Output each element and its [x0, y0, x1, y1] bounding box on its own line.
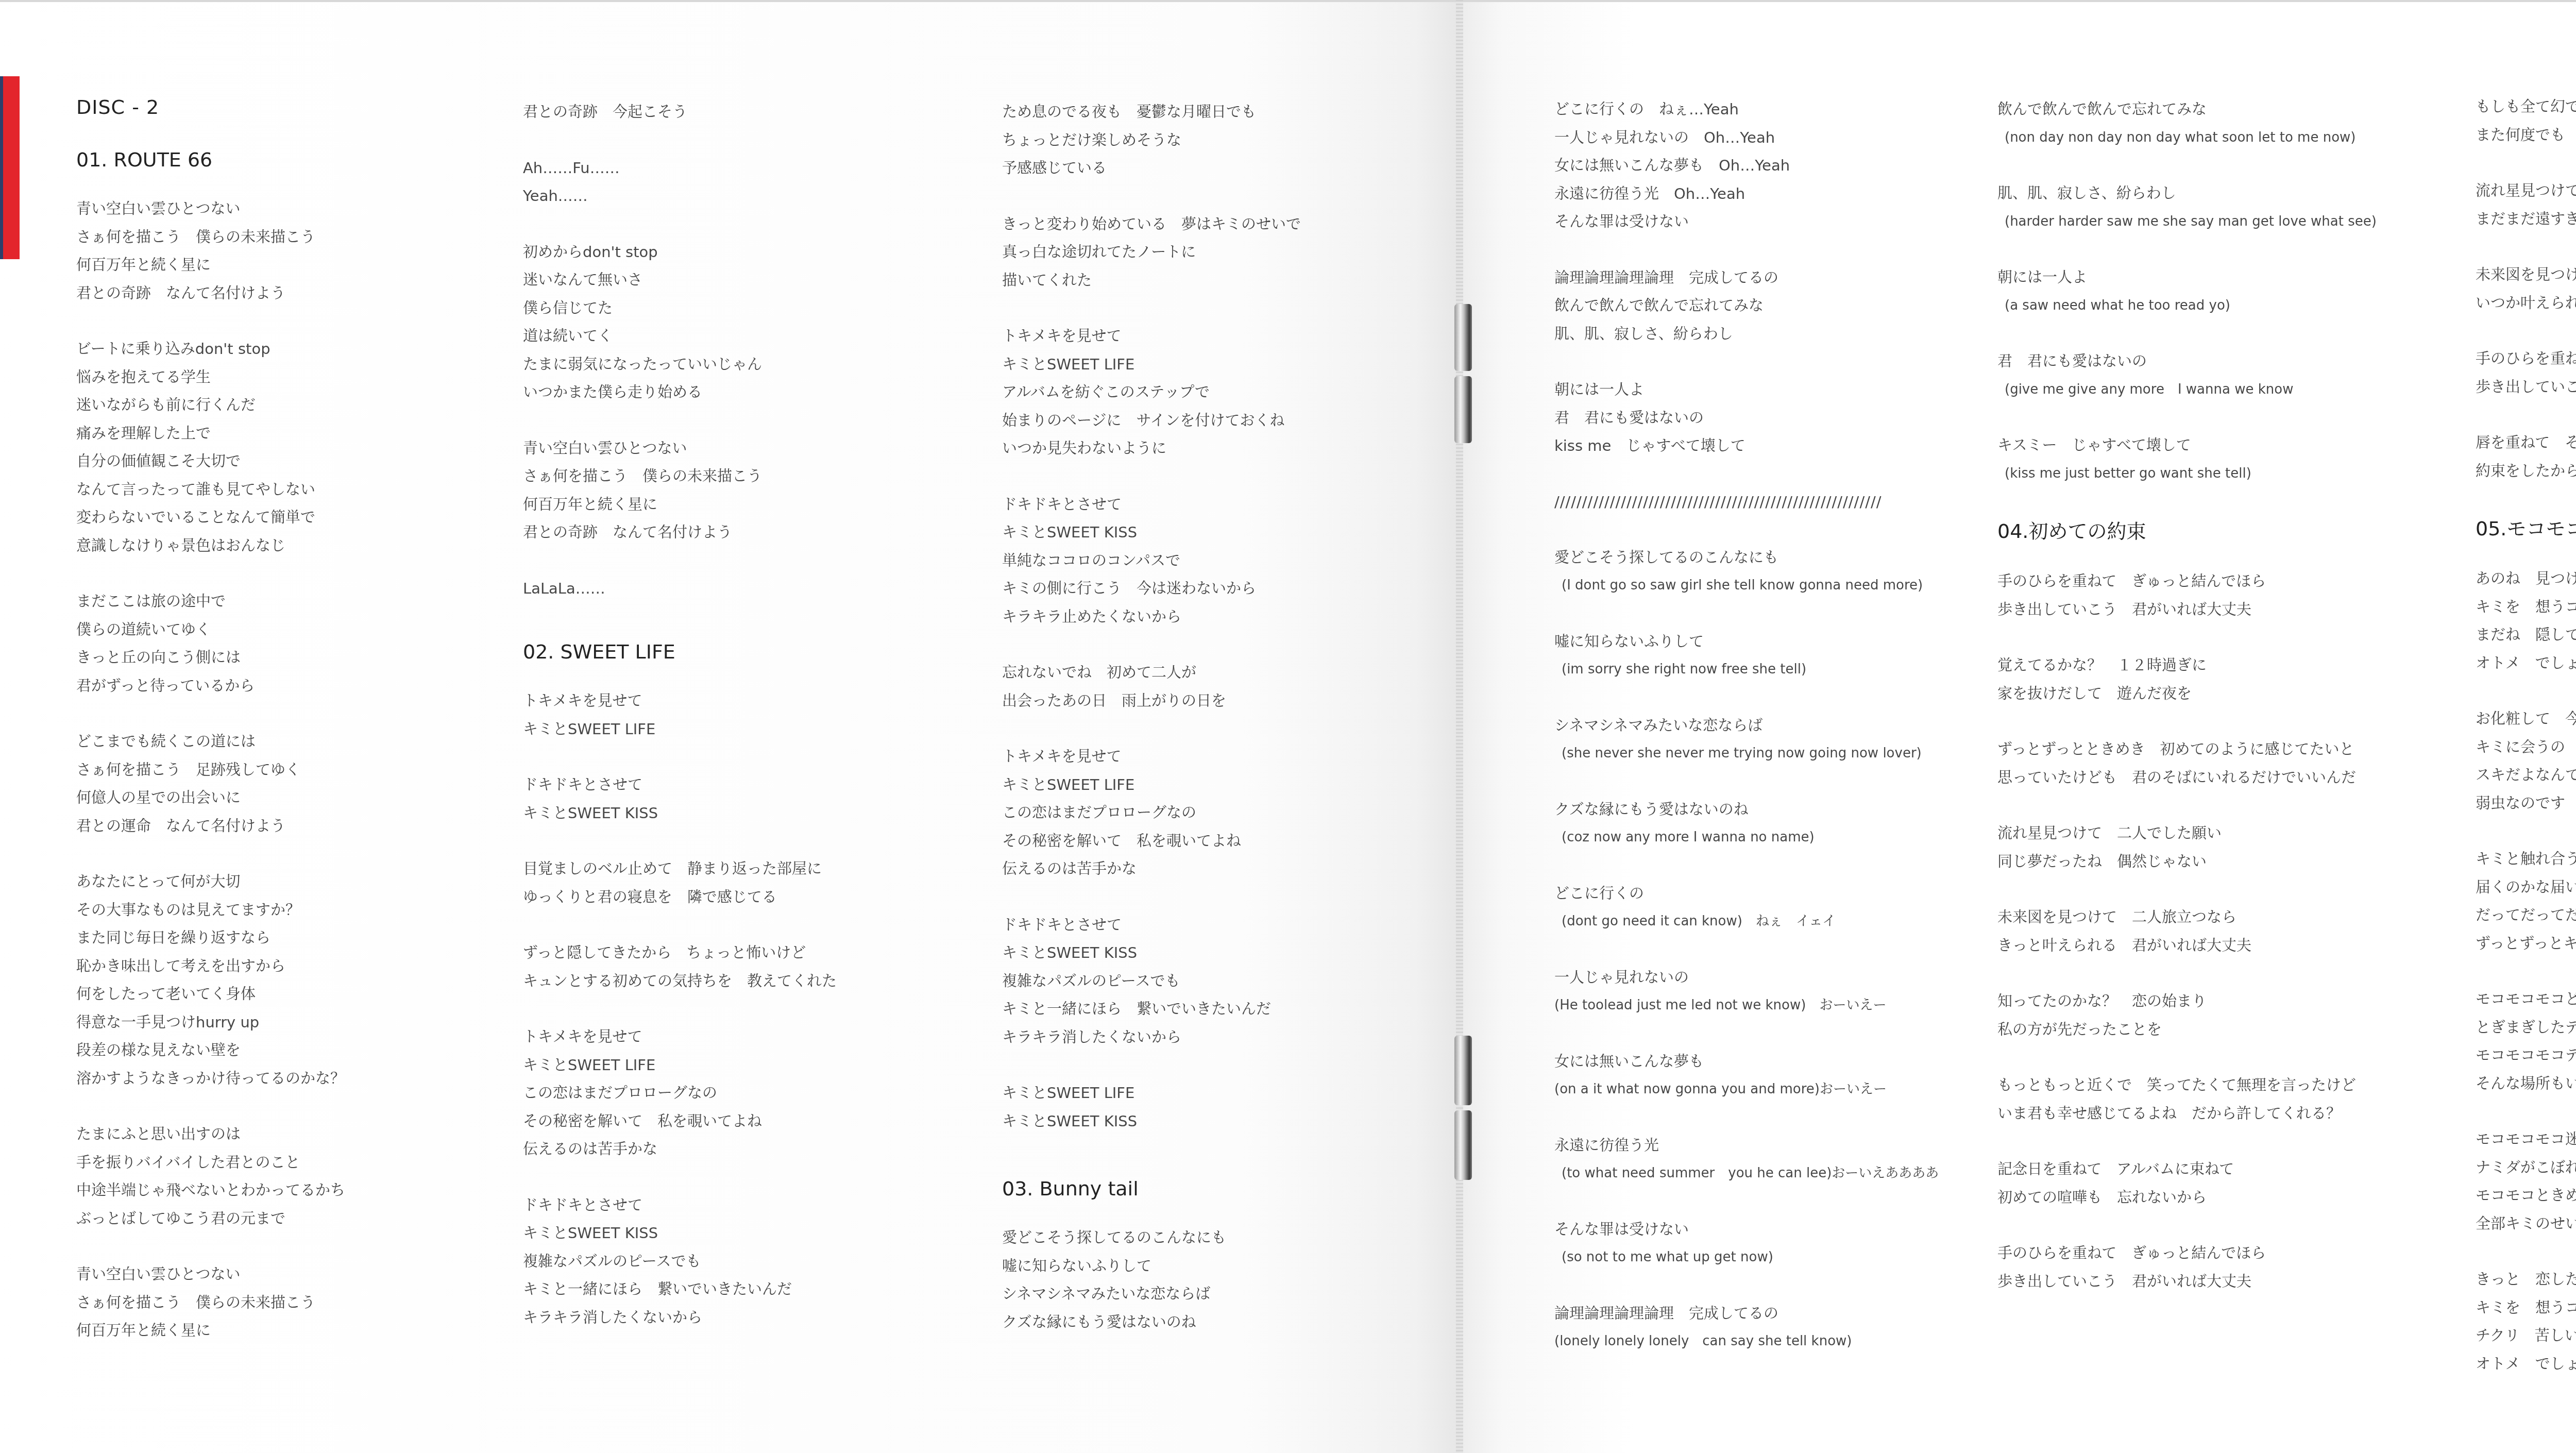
lyric-line: 単純なココロのコンパスで [1002, 547, 1301, 575]
lyric-line: 何億人の星での出会いに [76, 784, 345, 812]
lyric-line-japanese: どこに行くの [1554, 880, 1939, 908]
lyric-line: そんな場所もいいかもね [2476, 1070, 2576, 1098]
lyric-line-japanese: 永遠に彷徨う光 [1554, 1131, 1939, 1160]
stanza-group: ため息のでる夜も 憂鬱な月曜日でもちょっとだけ楽しめそうな予感感じているきっと変… [1002, 98, 1301, 1135]
translation-pairs: 愛どこそう探してるのこんなにも(I dont go so saw girl sh… [1554, 544, 1939, 1356]
lyric-stanza: あなたにとって何が大切その大事なものは見えてますか？また同じ毎日を繰り返すなら恥… [76, 868, 345, 1092]
lyric-stanza: 未来図を見つけて 歩いて来たんだよいつか叶えられる 君がいれば大丈夫 [2476, 261, 2576, 317]
lyric-line: もっともっと近くで 笑ってたくて無理を言ったけど [1997, 1071, 2377, 1100]
lyric-line: 全部キミのせいだよ [2476, 1210, 2576, 1238]
lyric-line: 目覚ましのベル止めて 静まり返った部屋に [523, 855, 837, 883]
stanza-group: トキメキを見せてキミとSWEET LIFEドキドキとさせてキミとSWEET KI… [523, 687, 837, 1331]
lyric-stanza: ずっとずっとときめき 初めてのように感じてたいと思っていたけども 君のそばにいれ… [1997, 735, 2377, 791]
lyric-line: 覚えてるかな？ １２時過ぎに [1997, 651, 2377, 680]
lyric-line-japanese: シネマシネマみたいな恋ならば [1554, 712, 1939, 740]
lyric-line: 知ってたのかな？ 恋の始まり [1997, 987, 2377, 1016]
lyric-stanza: モコモコモコどっちに行こう？とぎまぎしたデートのときはモコモコモコデコボコの道そ… [2476, 985, 2576, 1097]
lyric-line: 思っていたけども 君のそばにいれるだけでいいんだ [1997, 764, 2377, 792]
lyric-stanza: 初めからdon't stop迷いなんて無いさ僕ら信じてた道は続いてくたまに弱気に… [523, 238, 837, 407]
lyric-stanza: モコモコモコ迷子になってナミダがこぼれちゃったときもモコモコときめいちゃうなんて… [2476, 1125, 2576, 1238]
lyric-line: きっと叶えられる 君がいれば大丈夫 [1997, 932, 2377, 960]
lyric-line: 段差の様な見えない壁を [76, 1036, 345, 1065]
lyric-stanza: お化粧して 今日もキミに会うの …けれどスキだよなんて 言えない弱虫なのです [2476, 705, 2576, 817]
lyric-line: その秘密を解いて 私を覗いてよね [1002, 827, 1301, 855]
song-title: 03. Bunny tail [1002, 1177, 1301, 1200]
lyric-line: ビートに乗り込みdon't stop [76, 335, 345, 363]
lyric-line: また同じ毎日を繰り返すなら [76, 924, 345, 952]
lyrics-column-5: 飲んで飲んで飲んで忘れてみな(non day non day non day w… [1997, 95, 2377, 1323]
lyric-line: 一人じゃ見れないの Oh…Yeah [1554, 124, 1939, 152]
lyric-line: キミとSWEET KISS [523, 1219, 837, 1247]
lyric-line-japanese: 論理論理論理論理 完成してるの [1554, 1299, 1939, 1328]
lyric-line: 同じ夢だったね 偶然じゃない [1997, 848, 2377, 876]
lyric-line-english: (to what need summer you he can lee)おーいえ… [1554, 1159, 1939, 1188]
lyric-line-english: (lonely lonely lonely can say she tell k… [1554, 1327, 1939, 1356]
lyric-line: トキメキを見せて [1002, 742, 1301, 771]
lyric-line-japanese: クズな縁にもう愛はないのね [1554, 796, 1939, 824]
lyric-line: たまにふと思い出すのは [76, 1120, 345, 1148]
lyric-line: クズな縁にもう愛はないのね [1002, 1308, 1301, 1337]
lyric-line: どこまでも続くこの道には [76, 728, 345, 756]
staple-icon [1454, 1036, 1472, 1105]
lyric-line: ドキドキとさせて [1002, 911, 1301, 939]
lyric-line: ずっとずっとときめき 初めてのように感じてたいと [1997, 735, 2377, 764]
lyric-line: 家を抜けだして 遊んだ夜を [1997, 680, 2377, 708]
lyric-stanza: もしも全て幻でも でもきっとまた何度でも 今を繰り返すから [2476, 93, 2576, 149]
section-divider: ////////////////////////////////////////… [1554, 488, 1939, 516]
lyric-line-english: (dont go need it can know) ねぇ イェイ [1554, 907, 1939, 936]
lyric-stanza: 手のひらを重ねて ぎゅっと結んでほら歩き出していこう 二人の明日へ [2476, 345, 2576, 401]
lyric-line: 始まりのページに サインを付けておくね [1002, 407, 1301, 435]
lyric-line: 歩き出していこう 君がいれば大丈夫 [1997, 1268, 2377, 1296]
lyric-line: 初めからdon't stop [523, 238, 837, 266]
lyric-line: 永遠に彷徨う光 Oh…Yeah [1554, 180, 1939, 208]
lyric-stanza: ドキドキとさせてキミとSWEET KISS [523, 771, 837, 827]
lyric-line: いつか見失わないように [1002, 434, 1301, 463]
lyric-pair: 論理論理論理論理 完成してるの(lonely lonely lonely can… [1554, 1299, 1939, 1356]
lyric-line: 何百万年と続く星に [523, 491, 837, 519]
lyric-line: 複雑なパズルのピースでも [523, 1247, 837, 1276]
lyric-line: そんな罪は受けない [1554, 208, 1939, 236]
lyric-stanza: 論理論理論理論理 完成してるの飲んで飲んで飲んで忘れてみな肌、肌、寂しさ、紛らわ… [1554, 264, 1939, 348]
lyric-line-english: (harder harder saw me she say man get lo… [1997, 208, 2377, 236]
lyric-line-japanese: そんな罪は受けない [1554, 1215, 1939, 1244]
lyric-line-english: (give me give any more I wanna we know [1997, 376, 2377, 404]
lyric-pair: 永遠に彷徨う光(to what need summer you he can l… [1554, 1131, 1939, 1188]
lyric-stanza: 流れ星見つけて 二人でした願い同じ夢だったね 偶然じゃない [1997, 819, 2377, 875]
lyric-pair: どこに行くの(dont go need it can know) ねぇ イェイ [1554, 880, 1939, 936]
lyric-line: オトメ でしょ？ [2476, 649, 2576, 678]
lyric-line: モコモコモコどっちに行こう？ [2476, 985, 2576, 1013]
lyric-line: モコモコモコ迷子になって [2476, 1125, 2576, 1154]
lyric-line: この恋はまだプロローグなの [523, 1079, 837, 1107]
lyric-line: 何百万年と続く星に [76, 251, 345, 279]
lyric-line: 初めての喧嘩も 忘れないから [1997, 1184, 2377, 1212]
lyric-line-japanese: 飲んで飲んで飲んで忘れてみな [1997, 95, 2377, 124]
lyric-pair: 肌、肌、寂しさ、紛らわし(harder harder saw me she sa… [1997, 179, 2377, 235]
lyric-line-english: (coz now any more I wanna no name) [1554, 823, 1939, 852]
lyric-line: 青い空白い雲ひとつない [523, 434, 837, 463]
lyric-line: あなたにとって何が大切 [76, 868, 345, 896]
lyric-line-english: (He toolead just me led not we know) おーい… [1554, 991, 1939, 1020]
lyric-stanza: トキメキを見せてキミとSWEET LIFEこの恋はまだプロローグなのその秘密を解… [523, 1023, 837, 1163]
lyric-line: 伝えるのは苦手かな [523, 1135, 837, 1163]
lyric-line: 君との運命 なんて名付けよう [76, 812, 345, 840]
lyric-line: ちょっとだけ楽しめそうな [1002, 126, 1301, 155]
lyric-line: 未来図を見つけて 二人旅立つなら [1997, 903, 2377, 932]
lyric-stanza: 目覚ましのベル止めて 静まり返った部屋にゆっくりと君の寝息を 隣で感じてる [523, 855, 837, 911]
lyric-line-english: (on a it what now gonna you and more)おーい… [1554, 1075, 1939, 1104]
lyric-stanza: たまにふと思い出すのは手を振りバイバイした君とのこと中途半端じゃ飛べないとわかっ… [76, 1120, 345, 1232]
lyric-line: 唇を重ねて そっとキスをしよう [2476, 429, 2576, 457]
lyric-line: チクリ 苦しいの [2476, 1322, 2576, 1350]
staple-icon [1454, 376, 1472, 443]
lyric-line-japanese: キスミー じゃすべて壊して [1997, 431, 2377, 460]
lyric-line: 手のひらを重ねて ぎゅっと結んでほら [1997, 1239, 2377, 1268]
lyric-stanza: トキメキを見せてキミとSWEET LIFE [523, 687, 837, 743]
booklet-spine [1456, 0, 1463, 1453]
lyric-line: キミの側に行こう 今は迷わないから [1002, 575, 1301, 603]
lyric-stanza: まだここは旅の途中で僕らの道続いてゆくきっと丘の向こう側には君がずっと待っている… [76, 587, 345, 700]
staple-icon [1454, 1110, 1472, 1180]
stanza-group: もしも全て幻でも でもきっとまた何度でも 今を繰り返すから流れ星見つけて 二人で… [2476, 93, 2576, 485]
lyric-line: 悩みを抱えてる学生 [76, 363, 345, 392]
lyric-line: 変わらないでいることなんて簡単で [76, 503, 345, 532]
lyric-line-english: (non day non day non day what soon let t… [1997, 124, 2377, 152]
lyric-line: さぁ何を描こう 足跡残してゆく [76, 756, 345, 784]
lyrics-column-4: どこに行くの ねぇ…Yeah一人じゃ見れないの Oh…Yeah女には無いこんな夢… [1554, 95, 1939, 1383]
lyric-line: キミを 想うココロは [2476, 1294, 2576, 1322]
lyric-line: ぶっとばしてゆこう君の元まで [76, 1205, 345, 1233]
lyric-line: いま君も幸せ感じてるよね だから許してくれる？ [1997, 1100, 2377, 1128]
lyric-line: 溶かすようなきっかけ待ってるのかな？ [76, 1065, 345, 1093]
lyric-line: だってだってだって私は [2476, 901, 2576, 930]
lyric-pair: 朝には一人よ(a saw need what he too read yo) [1997, 263, 2377, 319]
lyric-line: いつかまた僕ら走り始める [523, 378, 837, 407]
lyric-stanza: ずっと隠してきたから ちょっと怖いけどキュンとする初めての気持ちを 教えてくれた [523, 939, 837, 995]
lyric-line-english: (kiss me just better go want she tell) [1997, 460, 2377, 488]
lyric-line: キラキラ消したくないから [1002, 1023, 1301, 1052]
lyric-line: この恋はまだプロローグなの [1002, 799, 1301, 827]
lyric-pair: 女には無いこんな夢も(on a it what now gonna you an… [1554, 1047, 1939, 1104]
lyric-line: 君がずっと待っているから [76, 672, 345, 700]
lyric-line: トキメキを見せて [523, 687, 837, 715]
lyric-line: 何をしたって老いてく身体 [76, 980, 345, 1008]
lyric-pair: 愛どこそう探してるのこんなにも(I dont go so saw girl sh… [1554, 544, 1939, 600]
lyric-line: スキだよなんて 言えない [2476, 761, 2576, 789]
lyric-stanza: きっと変わり始めている 夢はキミのせいで真っ白な途切れてたノートに描いてくれた [1002, 210, 1301, 295]
lyric-line: キミと一緒にほら 繋いでいきたいんだ [523, 1275, 837, 1304]
lyric-line: キミに会うの …けれど [2476, 733, 2576, 762]
lyric-line: ずっとずっとキミのこと！ [2476, 930, 2576, 958]
lyric-line: もしも全て幻でも でもきっと [2476, 93, 2576, 121]
scan-top-edge [0, 0, 2576, 2]
lyric-line: とぎまぎしたデートのときは [2476, 1013, 2576, 1042]
lyric-stanza: 未来図を見つけて 二人旅立つならきっと叶えられる 君がいれば大丈夫 [1997, 903, 2377, 959]
lyric-line: キュンとする初めての気持ちを 教えてくれた [523, 967, 837, 995]
lyric-stanza: ビートに乗り込みdon't stop悩みを抱えてる学生迷いながらも前に行くんだ痛… [76, 335, 345, 560]
lyric-pair: 一人じゃ見れないの(He toolead just me led not we … [1554, 964, 1939, 1020]
lyric-line: モコモコときめいちゃうなんて [2476, 1181, 2576, 1210]
lyric-line-english: (a saw need what he too read yo) [1997, 292, 2377, 320]
lyric-line: キラキラ消したくないから [523, 1304, 837, 1332]
lyric-line: キミとSWEET KISS [1002, 518, 1301, 547]
disc-label: DISC - 2 [76, 96, 345, 119]
lyric-stanza: トキメキを見せてキミとSWEET LIFEこの恋はまだプロローグなのその秘密を解… [1002, 742, 1301, 883]
lyric-line: 私の方が先だったことを [1997, 1016, 2377, 1044]
lyrics-column-3: ため息のでる夜も 憂鬱な月曜日でもちょっとだけ楽しめそうな予感感じているきっと変… [1002, 98, 1301, 1364]
lyric-line: キミと一緒にほら 繋いでいきたいんだ [1002, 995, 1301, 1023]
lyric-line: kiss me じゃすべて壊して [1554, 432, 1939, 460]
lyric-line: その大事なものは見えてますか？ [76, 896, 345, 924]
lyric-line: 記念日を重ねて アルバムに束ねて [1997, 1155, 2377, 1184]
lyric-line: 飲んで飲んで飲んで忘れてみな [1554, 292, 1939, 320]
lyric-line: さぁ何を描こう 僕らの未来描こう [523, 462, 837, 491]
lyric-line: さぁ何を描こう 僕らの未来描こう [76, 223, 345, 251]
lyric-stanza: 唇を重ねて そっとキスをしよう約束をしたから 君といれば大丈夫 [2476, 429, 2576, 485]
lyric-line: 僕らの道続いてゆく [76, 616, 345, 644]
lyric-line: 得意な一手見つけhurry up [76, 1008, 345, 1037]
lyric-stanza: ドキドキとさせてキミとSWEET KISS複雑なパズルのピースでもキミと一緒にほ… [1002, 911, 1301, 1052]
lyric-pair: シネマシネマみたいな恋ならば(she never she never me tr… [1554, 712, 1939, 768]
lyric-stanza: ドキドキとさせてキミとSWEET KISS単純なココロのコンパスでキミの側に行こ… [1002, 491, 1301, 631]
lyrics-column-2: 君との奇跡 今起こそうAh……Fu……Yeah……初めからdon't stop迷… [523, 98, 837, 1359]
lyric-stanza: LaLaLa…… [523, 575, 837, 603]
lyric-line: ナミダがこぼれちゃったときも [2476, 1154, 2576, 1182]
lyrics-column-6: もしも全て幻でも でもきっとまた何度でも 今を繰り返すから流れ星見つけて 二人で… [2476, 93, 2576, 1406]
lyric-pair: クズな縁にもう愛はないのね(coz now any more I wanna n… [1554, 796, 1939, 852]
lyric-line: 伝えるのは苦手かな [1002, 855, 1301, 883]
lyric-line: 弱虫なのです [2476, 789, 2576, 818]
lyric-line: LaLaLa…… [523, 575, 837, 603]
lyric-line: 真っ白な途切れてたノートに [1002, 238, 1301, 266]
lyric-line: 朝には一人よ [1554, 376, 1939, 404]
lyric-line: モコモコモコデコボコの道 [2476, 1041, 2576, 1070]
lyric-stanza: 手のひらを重ねて ぎゅっと結んでほら歩き出していこう 君がいれば大丈夫 [1997, 567, 2377, 623]
song-title: 02. SWEET LIFE [523, 640, 837, 663]
lyric-line: 道は続いてく [523, 322, 837, 350]
lyric-line: 忘れないでね 初めて二人が [1002, 658, 1301, 687]
lyric-stanza: あのね 見つけたんだキミを 想うココロをまだね 隠してるオトメ でしょ？ [2476, 565, 2576, 677]
lyric-line: 僕ら信じてた [523, 294, 837, 323]
lyric-stanza: 朝には一人よ君 君にも愛はないのkiss me じゃすべて壊して [1554, 376, 1939, 460]
lyric-stanza: 忘れないでね 初めて二人が出会ったあの日 雨上がりの日を [1002, 658, 1301, 715]
lyric-line: いつか叶えられる 君がいれば大丈夫 [2476, 289, 2576, 317]
lyric-stanza: キミとSWEET LIFEキミとSWEET KISS [1002, 1079, 1301, 1135]
lyric-line: なんて言ったって誰も見てやしない [76, 476, 345, 504]
lyric-stanza: 手のひらを重ねて ぎゅっと結んでほら歩き出していこう 君がいれば大丈夫 [1997, 1239, 2377, 1295]
lyric-line: きっと変わり始めている 夢はキミのせいで [1002, 210, 1301, 239]
lyric-line: アルバムを紡ぐこのステップで [1002, 378, 1301, 407]
lyric-stanza: 君との奇跡 今起こそう [523, 98, 837, 126]
lyric-line: Ah……Fu…… [523, 154, 837, 182]
lyric-line: キミと触れ合うこの指で [2476, 845, 2576, 873]
lyric-stanza: 愛どこそう探してるのこんなにも嘘に知らないふりしてシネマシネマみたいな恋ならばク… [1002, 1224, 1301, 1336]
lyric-line: キラキラ止めたくないから [1002, 603, 1301, 631]
lyric-stanza: どこまでも続くこの道にはさぁ何を描こう 足跡残してゆく何億人の星での出会いに君と… [76, 728, 345, 840]
lyric-stanza: キミと触れ合うこの指で届くのかな届いてよねだってだってだって私はずっとずっとキミ… [2476, 845, 2576, 957]
lyric-line: キミとSWEET KISS [1002, 1107, 1301, 1136]
lyric-stanza: ドキドキとさせてキミとSWEET KISS複雑なパズルのピースでもキミと一緒にほ… [523, 1191, 837, 1332]
lyric-stanza: 覚えてるかな？ １２時過ぎに家を抜けだして 遊んだ夜を [1997, 651, 2377, 707]
lyric-pair: 嘘に知らないふりして(im sorry she right now free s… [1554, 628, 1939, 684]
lyric-line: ドキドキとさせて [1002, 491, 1301, 519]
lyric-line-japanese: 朝には一人よ [1997, 263, 2377, 292]
lyric-line: 手を振りバイバイした君とのこと [76, 1148, 345, 1177]
lyric-line: キミとSWEET KISS [1002, 939, 1301, 967]
stanza-group: 手のひらを重ねて ぎゅっと結んでほら歩き出していこう 君がいれば大丈夫覚えてるか… [1997, 567, 2377, 1295]
lyric-line: 複雑なパズルのピースでも [1002, 967, 1301, 995]
lyric-pair: そんな罪は受けない(so not to me what up get now) [1554, 1215, 1939, 1272]
lyric-line: 手のひらを重ねて ぎゅっと結んでほら [2476, 345, 2576, 373]
lyric-line: 君との奇跡 今起こそう [523, 98, 837, 126]
lyric-line: きっと丘の向こう側には [76, 644, 345, 672]
lyric-line-english: (im sorry she right now free she tell) [1554, 655, 1939, 684]
lyric-line: まだまだ遠すぎて 立ちすくんでも [2476, 205, 2576, 233]
lyric-line: ドキドキとさせて [523, 771, 837, 799]
lyric-line: 君 君にも愛はないの [1554, 404, 1939, 432]
lyric-pair: キスミー じゃすべて壊して(kiss me just better go wan… [1997, 431, 2377, 487]
lyric-line: キミとSWEET LIFE [1002, 350, 1301, 379]
lyric-line: 出会ったあの日 雨上がりの日を [1002, 687, 1301, 715]
lyric-line: 意識しなけりゃ景色はおんなじ [76, 532, 345, 560]
song-title: 04.初めての約束 [1997, 515, 2377, 544]
lyric-line-japanese: 一人じゃ見れないの [1554, 964, 1939, 992]
stanza-group: どこに行くの ねぇ…Yeah一人じゃ見れないの Oh…Yeah女には無いこんな夢… [1554, 95, 1939, 460]
lyric-line: 迷いながらも前に行くんだ [76, 391, 345, 419]
lyric-line: 約束をしたから 君といれば大丈夫 [2476, 457, 2576, 485]
song-title: 01. ROUTE 66 [76, 148, 345, 171]
translation-pairs: 飲んで飲んで飲んで忘れてみな(non day non day non day w… [1997, 95, 2377, 487]
lyric-line: たまに弱気になったっていいじゃん [523, 350, 837, 379]
stanza-group: 君との奇跡 今起こそうAh……Fu……Yeah……初めからdon't stop迷… [523, 98, 837, 602]
lyric-line: その秘密を解いて 私を覗いてよね [523, 1107, 837, 1136]
lyric-line: 歩き出していこう 二人の明日へ [2476, 373, 2576, 401]
lyric-line: また何度でも 今を繰り返すから [2476, 121, 2576, 149]
lyric-line: キミを 想うココロを [2476, 593, 2576, 621]
lyric-line: 流れ星見つけて 二人でした願い [2476, 177, 2576, 205]
lyric-line: 予感感じている [1002, 154, 1301, 182]
lyric-stanza: トキメキを見せてキミとSWEET LIFEアルバムを紡ぐこのステップで始まりのペ… [1002, 322, 1301, 463]
lyric-line: 歩き出していこう 君がいれば大丈夫 [1997, 596, 2377, 624]
lyric-line: お化粧して 今日も [2476, 705, 2576, 733]
lyric-line: 中途半端じゃ飛べないとわかってるかち [76, 1176, 345, 1205]
lyric-line-english: (so not to me what up get now) [1554, 1243, 1939, 1272]
lyric-line-japanese: 嘘に知らないふりして [1554, 628, 1939, 656]
lyric-line: 自分の価値観こそ大切で [76, 447, 345, 476]
lyric-line: 迷いなんて無いさ [523, 266, 837, 294]
lyric-line-japanese: 君 君にも愛はないの [1997, 347, 2377, 376]
lyric-line: 君との奇跡 なんて名付けよう [76, 279, 345, 308]
lyric-pair: 飲んで飲んで飲んで忘れてみな(non day non day non day w… [1997, 95, 2377, 151]
lyric-line: 描いてくれた [1002, 266, 1301, 295]
stanza-group: 青い空白い雲ひとつないさぁ何を描こう 僕らの未来描こう何百万年と続く星に君との奇… [76, 195, 345, 1345]
lyric-line-japanese: 女には無いこんな夢も [1554, 1047, 1939, 1076]
lyric-line: ドキドキとさせて [523, 1191, 837, 1220]
lyric-line: キミとSWEET LIFE [1002, 771, 1301, 799]
lyric-line: まだね 隠してる [2476, 621, 2576, 649]
lyric-line: トキメキを見せて [523, 1023, 837, 1051]
lyric-line: 届くのかな届いてよね [2476, 873, 2576, 902]
lyric-line: オトメ でしょ？ [2476, 1350, 2576, 1378]
lyric-stanza: 青い空白い雲ひとつないさぁ何を描こう 僕らの未来描こう何百万年と続く星に君との奇… [523, 434, 837, 547]
lyric-line: 痛みを理解した上で [76, 419, 345, 448]
lyric-line: まだここは旅の途中で [76, 587, 345, 616]
stanza-group: あのね 見つけたんだキミを 想うココロをまだね 隠してるオトメ でしょ？お化粧し… [2476, 565, 2576, 1378]
lyric-line: 流れ星見つけて 二人でした願い [1997, 819, 2377, 848]
lyric-stanza: 青い空白い雲ひとつないさぁ何を描こう 僕らの未来描こう何百万年と続く星に [76, 1260, 345, 1345]
lyric-line: キミとSWEET LIFE [523, 715, 837, 744]
lyric-line: さぁ何を描こう 僕らの未来描こう [76, 1289, 345, 1317]
lyric-line: 論理論理論理論理 完成してるの [1554, 264, 1939, 292]
lyric-line: ずっと隠してきたから ちょっと怖いけど [523, 939, 837, 967]
lyric-line: 肌、肌、寂しさ、紛らわし [1554, 320, 1939, 348]
lyric-line: トキメキを見せて [1002, 322, 1301, 350]
lyric-line: 何百万年と続く星に [76, 1316, 345, 1345]
staple-icon [1454, 304, 1472, 371]
lyric-line: 嘘に知らないふりして [1002, 1252, 1301, 1280]
lyric-stanza: 記念日を重ねて アルバムに束ねて初めての喧嘩も 忘れないから [1997, 1155, 2377, 1211]
lyric-line: 手のひらを重ねて ぎゅっと結んでほら [1997, 567, 2377, 596]
lyric-line-english: (I dont go so saw girl she tell know gon… [1554, 571, 1939, 600]
lyric-stanza: 青い空白い雲ひとつないさぁ何を描こう 僕らの未来描こう何百万年と続く星に君との奇… [76, 195, 345, 307]
lyrics-column-1: DISC - 2 01. ROUTE 66 青い空白い雲ひとつないさぁ何を描こう… [76, 96, 345, 1373]
lyric-stanza: Ah……Fu……Yeah…… [523, 154, 837, 210]
lyric-line: 恥かき味出して考えを出すから [76, 952, 345, 981]
lyric-line: キミとSWEET LIFE [523, 1051, 837, 1079]
lyric-line: あのね 見つけたんだ [2476, 565, 2576, 593]
red-edge-bar-left [3, 76, 20, 259]
lyric-line: ため息のでる夜も 憂鬱な月曜日でも [1002, 98, 1301, 126]
lyric-stanza: どこに行くの ねぇ…Yeah一人じゃ見れないの Oh…Yeah女には無いこんな夢… [1554, 95, 1939, 236]
lyric-line: 愛どこそう探してるのこんなにも [1002, 1224, 1301, 1252]
song-title: 05.モコモコカーニバル [2476, 513, 2576, 541]
lyric-stanza: 流れ星見つけて 二人でした願いまだまだ遠すぎて 立ちすくんでも [2476, 177, 2576, 233]
lyric-line-japanese: 肌、肌、寂しさ、紛らわし [1997, 179, 2377, 208]
lyric-line: シネマシネマみたいな恋ならば [1002, 1280, 1301, 1308]
lyric-line: どこに行くの ねぇ…Yeah [1554, 95, 1939, 124]
lyric-stanza: ため息のでる夜も 憂鬱な月曜日でもちょっとだけ楽しめそうな予感感じている [1002, 98, 1301, 182]
lyric-line: Yeah…… [523, 182, 837, 210]
lyric-line: 青い空白い雲ひとつない [76, 1260, 345, 1289]
stanza-group: 愛どこそう探してるのこんなにも嘘に知らないふりしてシネマシネマみたいな恋ならばク… [1002, 1224, 1301, 1336]
lyric-line: 青い空白い雲ひとつない [76, 195, 345, 223]
lyric-line: 君との奇跡 なんて名付けよう [523, 518, 837, 547]
lyric-line: 未来図を見つけて 歩いて来たんだよ [2476, 261, 2576, 289]
lyric-line: ゆっくりと君の寝息を 隣で感じてる [523, 883, 837, 911]
lyric-stanza: もっともっと近くで 笑ってたくて無理を言ったけどいま君も幸せ感じてるよね だから… [1997, 1071, 2377, 1127]
lyric-line: キミとSWEET KISS [523, 799, 837, 827]
lyric-line: きっと 恋したんだ [2476, 1265, 2576, 1294]
lyric-pair: 君 君にも愛はないの(give me give any more I wanna… [1997, 347, 2377, 403]
lyric-line: キミとSWEET LIFE [1002, 1079, 1301, 1107]
lyric-stanza: きっと 恋したんだキミを 想うココロはチクリ 苦しいのオトメ でしょ？ [2476, 1265, 2576, 1378]
lyric-line-japanese: 愛どこそう探してるのこんなにも [1554, 544, 1939, 572]
lyric-stanza: 知ってたのかな？ 恋の始まり私の方が先だったことを [1997, 987, 2377, 1043]
lyric-line-english: (she never she never me trying now going… [1554, 739, 1939, 768]
lyric-line: 女には無いこんな夢も Oh…Yeah [1554, 151, 1939, 180]
